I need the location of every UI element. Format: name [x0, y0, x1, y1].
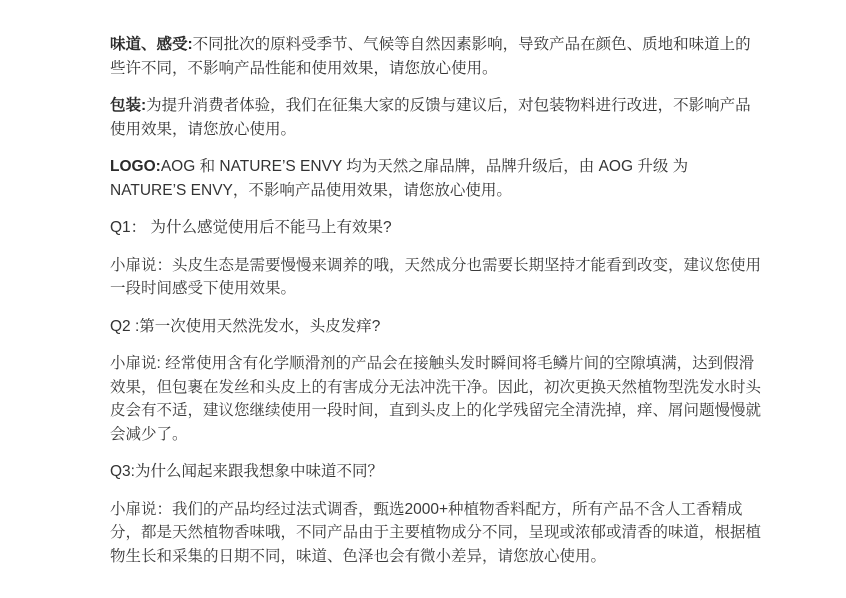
note-paragraph-packaging: 包装:为提升消费者体验，我们在征集大家的反馈与建议后，对包装物料进行改进，不影响…: [110, 94, 762, 141]
answer-q2: 小扉说: 经常使用含有化学顺滑剂的产品会在接触头发时瞬间将毛鳞片间的空隙填满，达…: [110, 352, 762, 446]
question-q2: Q2 :第一次使用天然洗发水，头皮发痒?: [110, 315, 762, 339]
note-label-packaging: 包装:: [110, 97, 146, 114]
question-q1: Q1： 为什么感觉使用后不能马上有效果?: [110, 216, 762, 240]
note-text-packaging: 为提升消费者体验，我们在征集大家的反馈与建议后，对包装物料进行改进，不影响产品使…: [110, 97, 751, 138]
note-text-taste: 不同批次的原料受季节、气候等自然因素影响，导致产品在颜色、质地和味道上的些许不同…: [110, 36, 751, 77]
answer-q1: 小扉说：头皮生态是需要慢慢来调养的哦，天然成分也需要长期坚持才能看到改变，建议您…: [110, 254, 762, 301]
note-paragraph-taste: 味道、感受:不同批次的原料受季节、气候等自然因素影响，导致产品在颜色、质地和味道…: [110, 33, 762, 80]
answer-q3: 小扉说：我们的产品均经过法式调香，甄选2000+种植物香料配方，所有产品不含人工…: [110, 498, 762, 569]
note-label-logo: LOGO:: [110, 158, 161, 175]
note-label-taste: 味道、感受:: [110, 36, 193, 53]
faq-content: 味道、感受:不同批次的原料受季节、气候等自然因素影响，导致产品在颜色、质地和味道…: [110, 33, 762, 582]
product-faq-page: 味道、感受:不同批次的原料受季节、气候等自然因素影响，导致产品在颜色、质地和味道…: [0, 0, 846, 598]
note-paragraph-logo: LOGO:AOG 和 NATURE’S ENVY 均为天然之扉品牌，品牌升级后，…: [110, 155, 762, 202]
note-text-logo: AOG 和 NATURE’S ENVY 均为天然之扉品牌，品牌升级后，由 AOG…: [110, 158, 688, 199]
question-q3: Q3:为什么闻起来跟我想象中味道不同？: [110, 460, 762, 484]
